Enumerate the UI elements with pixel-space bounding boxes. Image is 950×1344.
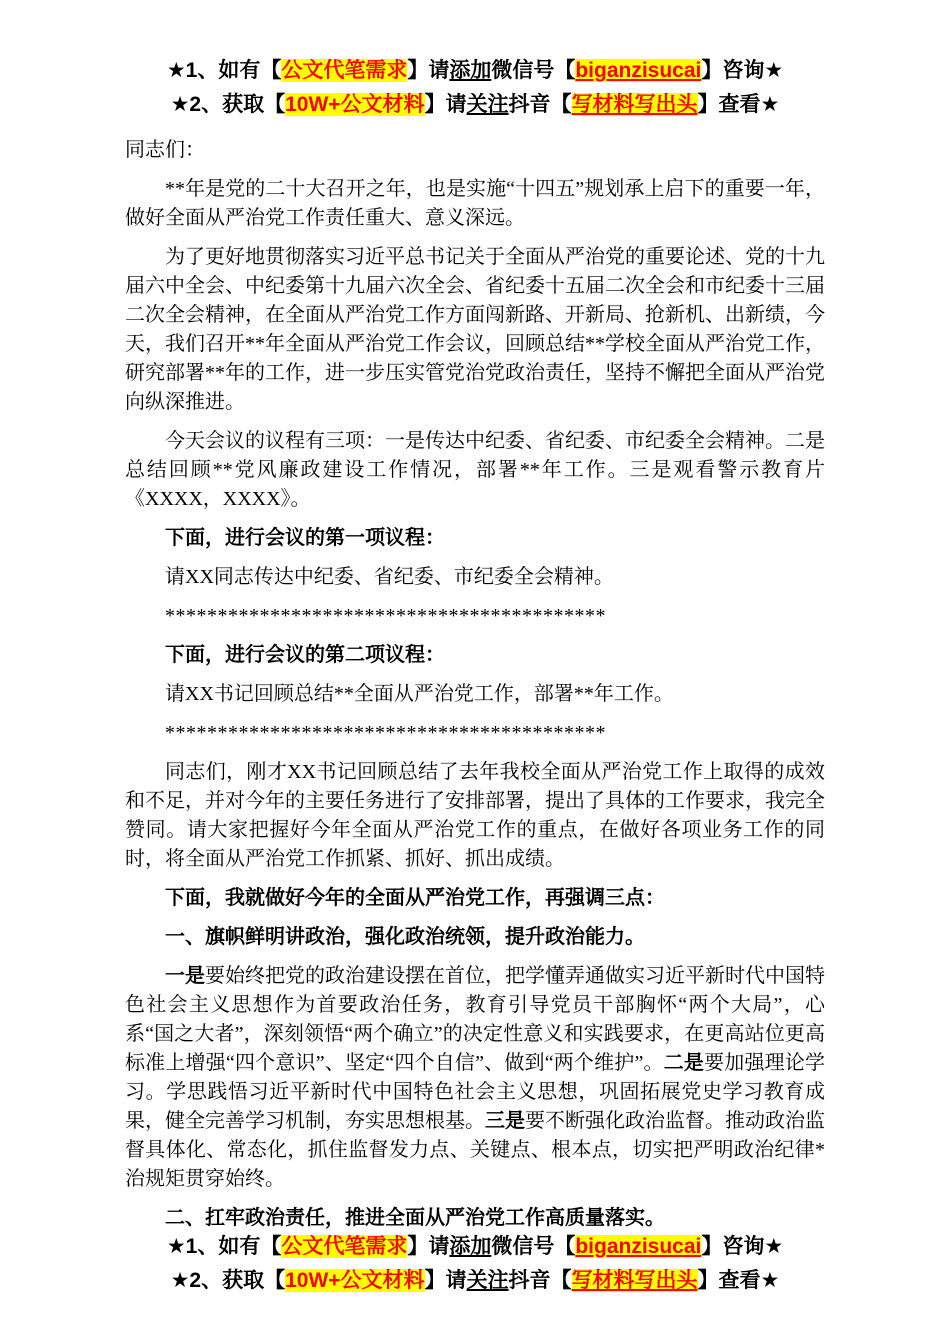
promo-highlight-service: 公文代笔需求: [281, 1235, 407, 1258]
promo-text: 微信号【: [491, 1235, 575, 1258]
promo-text: ★1、如有【: [167, 1235, 282, 1258]
promo-text: 微信号【: [491, 59, 575, 82]
promo-text: 】请: [407, 1235, 449, 1258]
heading-emphasis: 下面，我就做好今年的全面从严治党工作，再强调三点：: [125, 884, 825, 913]
paragraph-agenda: 今天会议的议程有三项：一是传达中纪委、省纪委、市纪委全会精神。二是总结回顾**党…: [125, 427, 825, 514]
promo-underline-add: 添加: [449, 1235, 491, 1258]
promo-wechat-id: biganzisucai: [575, 59, 701, 82]
promo-text: 】咨询★: [701, 59, 783, 82]
promo-line-1: ★1、如有【公文代笔需求】请添加微信号【biganzisucai】咨询★: [125, 54, 825, 88]
promo-text: 】查看★: [698, 1269, 780, 1292]
promo-text: 】查看★: [698, 93, 780, 116]
document-body: 同志们： **年是党的二十大召开之年，也是实施“十四五”规划承上启下的重要一年，…: [125, 132, 825, 1230]
promo-underline-follow: 关注: [467, 93, 509, 116]
promo-text: 抖音【: [509, 93, 572, 116]
inline-bold-first: 一是: [165, 965, 205, 987]
document-page: ★1、如有【公文代笔需求】请添加微信号【biganzisucai】咨询★ ★2、…: [0, 0, 950, 1344]
promo-wechat-id: biganzisucai: [575, 1235, 701, 1258]
paragraph-item-2: 请XX书记回顾总结**全面从严治党工作，部署**年工作。: [125, 680, 825, 709]
heading-point-1: 一、旗帜鲜明讲政治，强化政治统领，提升政治能力。: [125, 923, 825, 952]
promo-douyin-id: 写材料写出头: [572, 1269, 698, 1292]
paragraph-background: 为了更好地贯彻落实习近平总书记关于全面从严治党的重要论述、党的十九届六中全会、中…: [125, 243, 825, 417]
inline-bold-third: 三是: [485, 1110, 525, 1132]
heading-agenda-item-2: 下面，进行会议的第二项议程：: [125, 641, 825, 670]
promo-line-1: ★1、如有【公文代笔需求】请添加微信号【biganzisucai】咨询★: [125, 1230, 825, 1264]
promo-banner-top: ★1、如有【公文代笔需求】请添加微信号【biganzisucai】咨询★ ★2、…: [125, 54, 825, 122]
paragraph-item-1: 请XX同志传达中纪委、省纪委、市纪委全会精神。: [125, 563, 825, 592]
separator-line: ****************************************…: [125, 719, 825, 748]
separator-line: ****************************************…: [125, 602, 825, 631]
promo-highlight-materials: 10W+公文材料: [285, 1269, 424, 1292]
salutation: 同志们：: [125, 136, 825, 165]
promo-text: 抖音【: [509, 1269, 572, 1292]
promo-highlight-materials: 10W+公文材料: [285, 93, 424, 116]
paragraph-intro: **年是党的二十大召开之年，也是实施“十四五”规划承上启下的重要一年，做好全面从…: [125, 175, 825, 233]
heading-agenda-item-1: 下面，进行会议的第一项议程：: [125, 524, 825, 553]
heading-point-2: 二、扛牢政治责任，推进全面从严治党工作高质量落实。: [125, 1204, 825, 1230]
paragraph-comment: 同志们，刚才XX书记回顾总结了去年我校全面从严治党工作上取得的成效和不足，并对今…: [125, 758, 825, 874]
promo-text: 】咨询★: [701, 1235, 783, 1258]
promo-text: 】请: [407, 59, 449, 82]
promo-text: 】请: [425, 93, 467, 116]
promo-text: ★2、获取【: [171, 93, 286, 116]
promo-highlight-service: 公文代笔需求: [281, 59, 407, 82]
promo-text: 】请: [425, 1269, 467, 1292]
promo-line-2: ★2、获取【10W+公文材料】请关注抖音【写材料写出头】查看★: [125, 88, 825, 122]
promo-text: ★2、获取【: [171, 1269, 286, 1292]
inline-bold-second: 二是: [664, 1052, 704, 1074]
promo-line-2: ★2、获取【10W+公文材料】请关注抖音【写材料写出头】查看★: [125, 1264, 825, 1298]
promo-underline-follow: 关注: [467, 1269, 509, 1292]
paragraph-point-1: 一是要始终把党的政治建设摆在首位，把学懂弄通做实习近平新时代中国特色社会主义思想…: [125, 962, 825, 1194]
promo-underline-add: 添加: [449, 59, 491, 82]
promo-text: ★1、如有【: [167, 59, 282, 82]
promo-banner-bottom: ★1、如有【公文代笔需求】请添加微信号【biganzisucai】咨询★ ★2、…: [125, 1230, 825, 1298]
promo-douyin-id: 写材料写出头: [572, 93, 698, 116]
